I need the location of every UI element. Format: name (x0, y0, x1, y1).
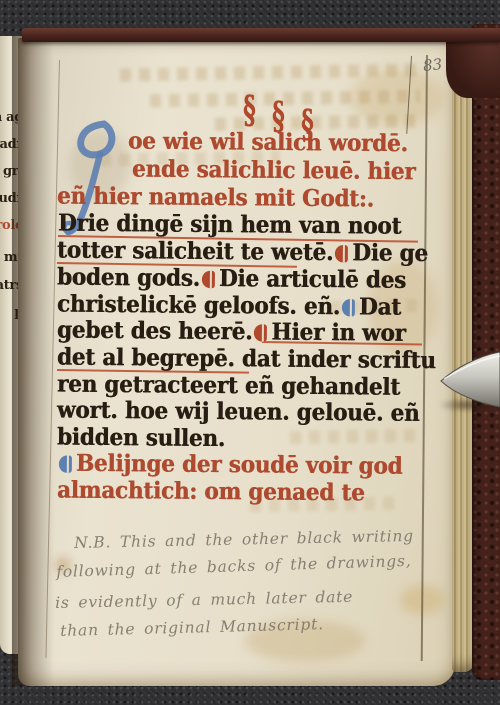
body-line: bidden sullen. (57, 424, 225, 454)
body-text: Die ge (352, 240, 428, 268)
pilcrow-icon (335, 245, 348, 262)
body-text: Die articulē des (219, 266, 406, 295)
body-text: Dat (359, 294, 401, 321)
body-text: christelickē geloofs. eñ. (57, 291, 340, 321)
body-text: boden gods. (57, 264, 200, 292)
book-clasp-icon (434, 348, 500, 414)
ink-bleedthrough (290, 429, 420, 444)
rubric-line: ende salichlic leuē. hier (132, 156, 416, 187)
rubric-line: oe wie wil salich wordē. (128, 128, 408, 159)
body-text: Hier in wor (271, 319, 405, 347)
rubric-line: almachtich: om genaed te (57, 477, 365, 508)
body-text: gebet des heerē. (57, 317, 253, 346)
body-text: totter salicheit te wetē. (57, 237, 334, 267)
folio-number: 83 (422, 55, 443, 75)
section-mark-icon: § (243, 86, 256, 132)
rubric-text: Belijnge der soudē voir god (76, 450, 403, 480)
pilcrow-icon (202, 271, 215, 288)
manuscript-photo: s eñ ag n vadr ghen gri n soudr ni prole… (0, 0, 500, 705)
leather-cover-top (22, 28, 500, 42)
pilcrow-icon (59, 455, 72, 472)
rubric-line: eñ hier namaels mit Godt:. (57, 183, 374, 214)
pilcrow-icon (254, 324, 267, 341)
pilcrow-icon (342, 299, 355, 316)
